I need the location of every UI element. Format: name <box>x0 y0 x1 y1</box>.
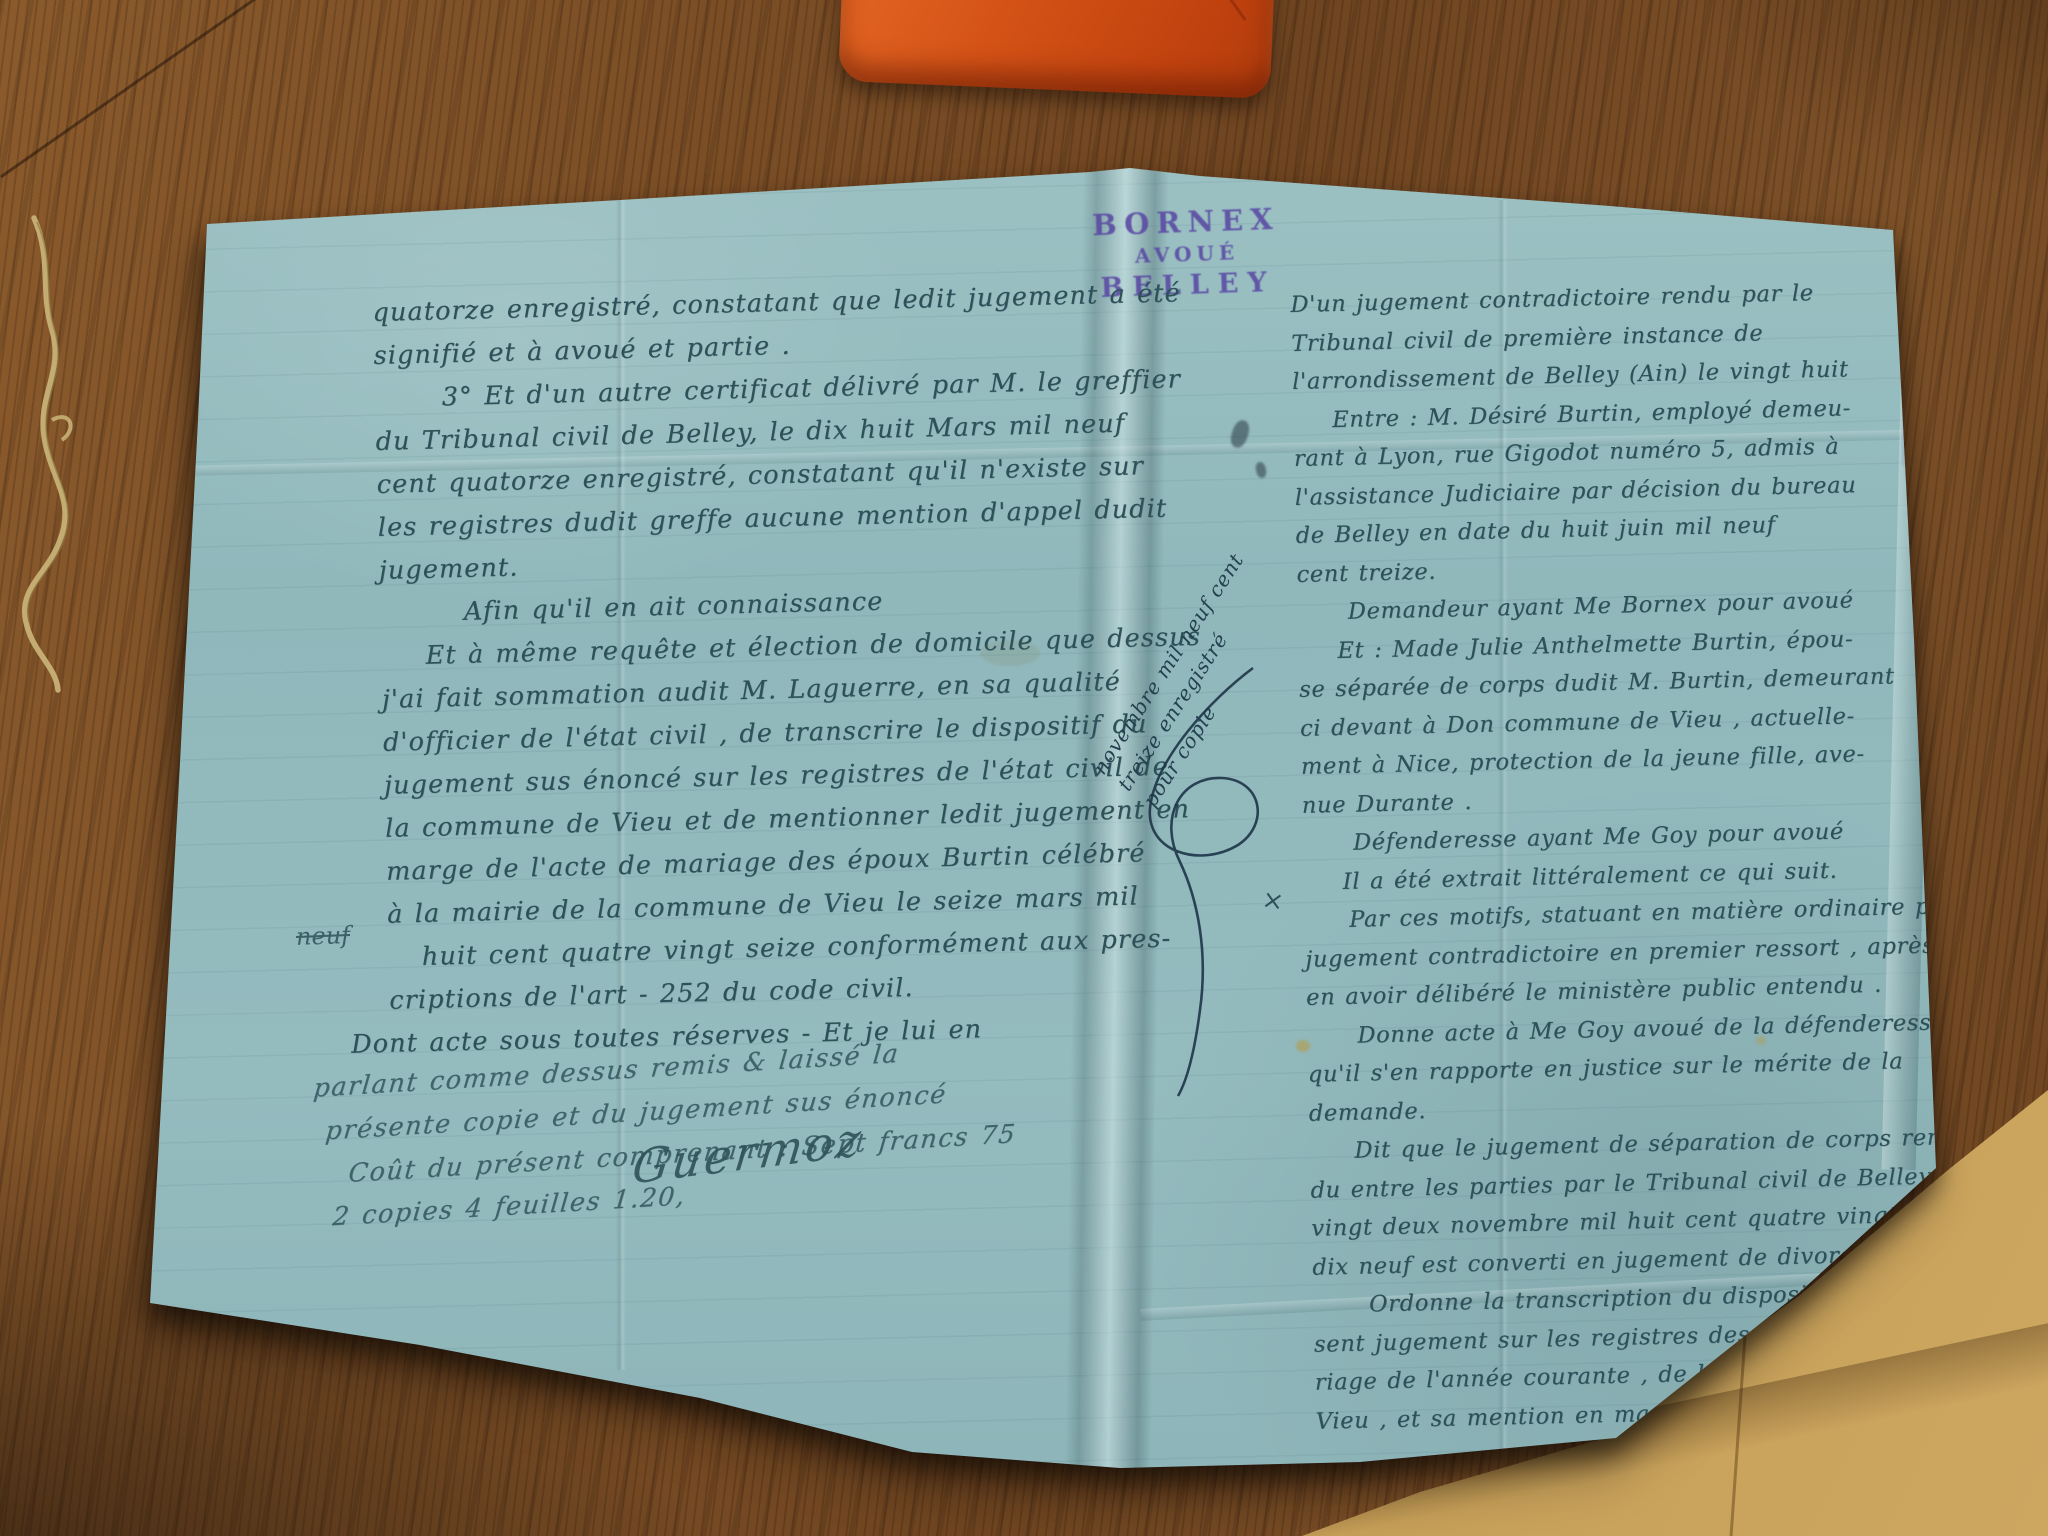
right-page-text: D'un jugement contradictoire rendu par l… <box>1290 270 2016 1441</box>
struck-out-word: neuf <box>296 921 351 951</box>
margin-cross-mark: × <box>1260 884 1286 917</box>
stamp-name: BORNEX <box>1090 203 1281 242</box>
purple-ink-smudge <box>1901 308 1918 468</box>
photo-of-document: BORNEX AVOUÉ BELLEY quatorze enregistré,… <box>0 0 2048 1536</box>
blue-document: BORNEX AVOUÉ BELLEY quatorze enregistré,… <box>0 0 2048 1536</box>
document-shadow-wrap: BORNEX AVOUÉ BELLEY quatorze enregistré,… <box>0 0 2048 1536</box>
left-page-text: quatorze enregistré, constatant que ledi… <box>372 273 1175 1238</box>
